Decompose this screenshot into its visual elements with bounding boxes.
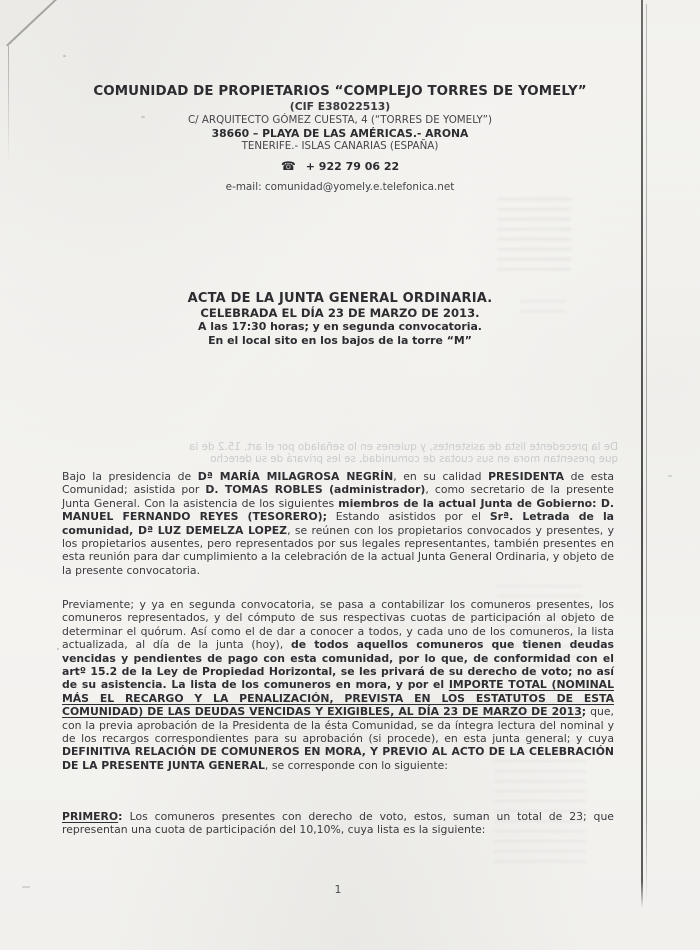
phone-number: + 922 79 06 22	[306, 160, 399, 173]
paragraph-presidency: Bajo la presidencia de Dª MARÍA MILAGROS…	[62, 470, 614, 577]
document-title-block: ACTA DE LA JUNTA GENERAL ORDINARIA. CELE…	[50, 291, 630, 347]
organization-cif: (CIF E38022513)	[50, 100, 630, 114]
email-line: e-mail: comunidad@yomely.e.telefonica.ne…	[50, 181, 630, 193]
address-city: 38660 – PLAYA DE LAS AMÉRICAS.- ARONA	[50, 127, 630, 140]
telephone-icon: ☎	[281, 159, 296, 173]
bleedthrough-line: que presentan mora en sus cuotas de comu…	[62, 453, 618, 465]
scan-edge-line-secondary	[646, 4, 647, 904]
document-title: ACTA DE LA JUNTA GENERAL ORDINARIA.	[50, 291, 630, 306]
scan-speck	[22, 886, 30, 888]
scanned-page: De la precedente lista de asistentes, y …	[0, 0, 700, 950]
address-region: TENERIFE.- ISLAS CANARIAS (ESPAÑA)	[50, 140, 630, 153]
organization-name: COMUNIDAD DE PROPIETARIOS “COMPLEJO TORR…	[50, 84, 630, 100]
address-street: C/ ARQUITECTO GÓMEZ CUESTA, 4 (“TORRES D…	[50, 114, 630, 127]
scan-speck	[63, 55, 66, 57]
ink-bleedthrough-smudge	[497, 198, 571, 274]
meeting-location: En el local sito en los bajos de la torr…	[50, 334, 630, 348]
paragraph-debtors-list: Previamente; y ya en segunda convocatori…	[62, 598, 614, 772]
bleedthrough-text: De la precedente lista de asistentes, y …	[62, 441, 618, 465]
scan-speck	[57, 648, 59, 650]
document-letterhead: COMUNIDAD DE PROPIETARIOS “COMPLEJO TORR…	[50, 84, 630, 193]
bleedthrough-line: De la precedente lista de asistentes, y …	[62, 441, 618, 453]
phone-line: ☎+ 922 79 06 22	[50, 159, 630, 174]
scan-edge-line	[641, 0, 643, 908]
page-left-edge	[8, 46, 9, 166]
meeting-date: CELEBRADA EL DÍA 23 DE MARZO DE 2013.	[50, 306, 630, 320]
page-number: 1	[62, 883, 614, 896]
paragraph-primero: PRIMERO: Los comuneros presentes con der…	[62, 810, 614, 837]
meeting-time: A las 17:30 horas; y en segunda convocat…	[50, 320, 630, 334]
scan-speck	[668, 475, 672, 477]
